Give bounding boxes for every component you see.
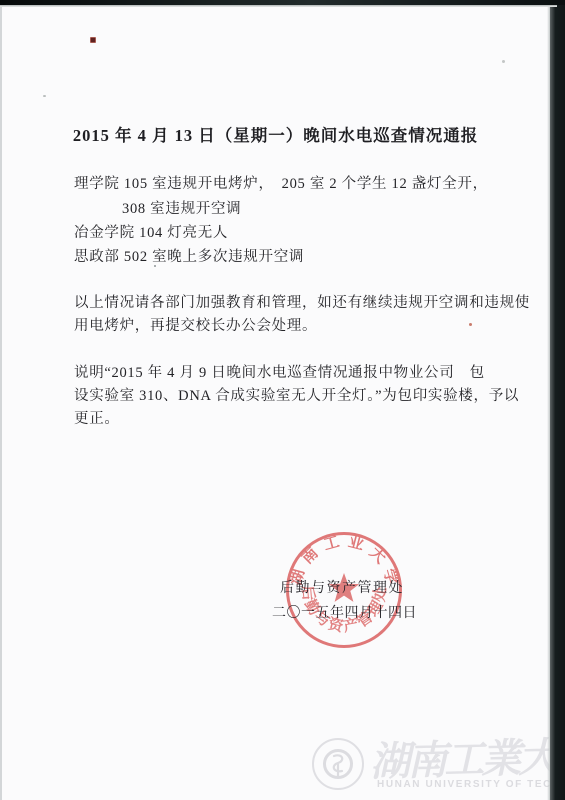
scan-speck	[502, 60, 505, 63]
scan-speck	[154, 265, 156, 267]
body-line: 308 室违规开空调	[122, 197, 241, 218]
body-line: 用电烤炉，再提交校长办公会处理。	[74, 314, 317, 335]
body-line: 说明“2015 年 4 月 9 日晚间水电巡查情况通报中物业公司 包	[74, 361, 485, 382]
signature-date: 二〇一五年四月十四日	[272, 602, 417, 622]
watermark-english-name: HUNAN UNIVERSITY OF TECHNOLOGY	[377, 779, 565, 790]
body-line: 理学院 105 室违规开电烤炉， 205 室 2 个学生 12 盏灯全开，	[74, 172, 488, 193]
body-line: 思政部 502 室晚上多次违规开空调	[74, 245, 304, 266]
body-line: 冶金学院 104 灯亮无人	[74, 221, 228, 242]
body-line: 设实验室 310、DNA 合成实验室无人开全灯。”为包印实验楼，予以	[74, 384, 519, 405]
ink-dot-artifact	[90, 37, 96, 43]
scan-speck	[43, 95, 46, 97]
scan-speck	[469, 323, 472, 326]
scanned-notice-page: 2015 年 4 月 13 日（星期一）晚间水电巡查情况通报 理学院 105 室…	[0, 0, 565, 800]
body-line: 更正。	[74, 407, 120, 428]
scan-edge-right	[550, 0, 565, 800]
scan-edge-left	[0, 0, 2, 800]
scan-edge-top-line	[0, 5, 557, 7]
body-line: 以上情况请各部门加强教育和管理，如还有继续违规开空调和违规使	[74, 291, 530, 312]
signature-department: 后勤与资产管理处	[280, 577, 404, 597]
university-seal-icon	[311, 737, 365, 791]
document-title: 2015 年 4 月 13 日（星期一）晚间水电巡查情况通报	[0, 122, 551, 146]
